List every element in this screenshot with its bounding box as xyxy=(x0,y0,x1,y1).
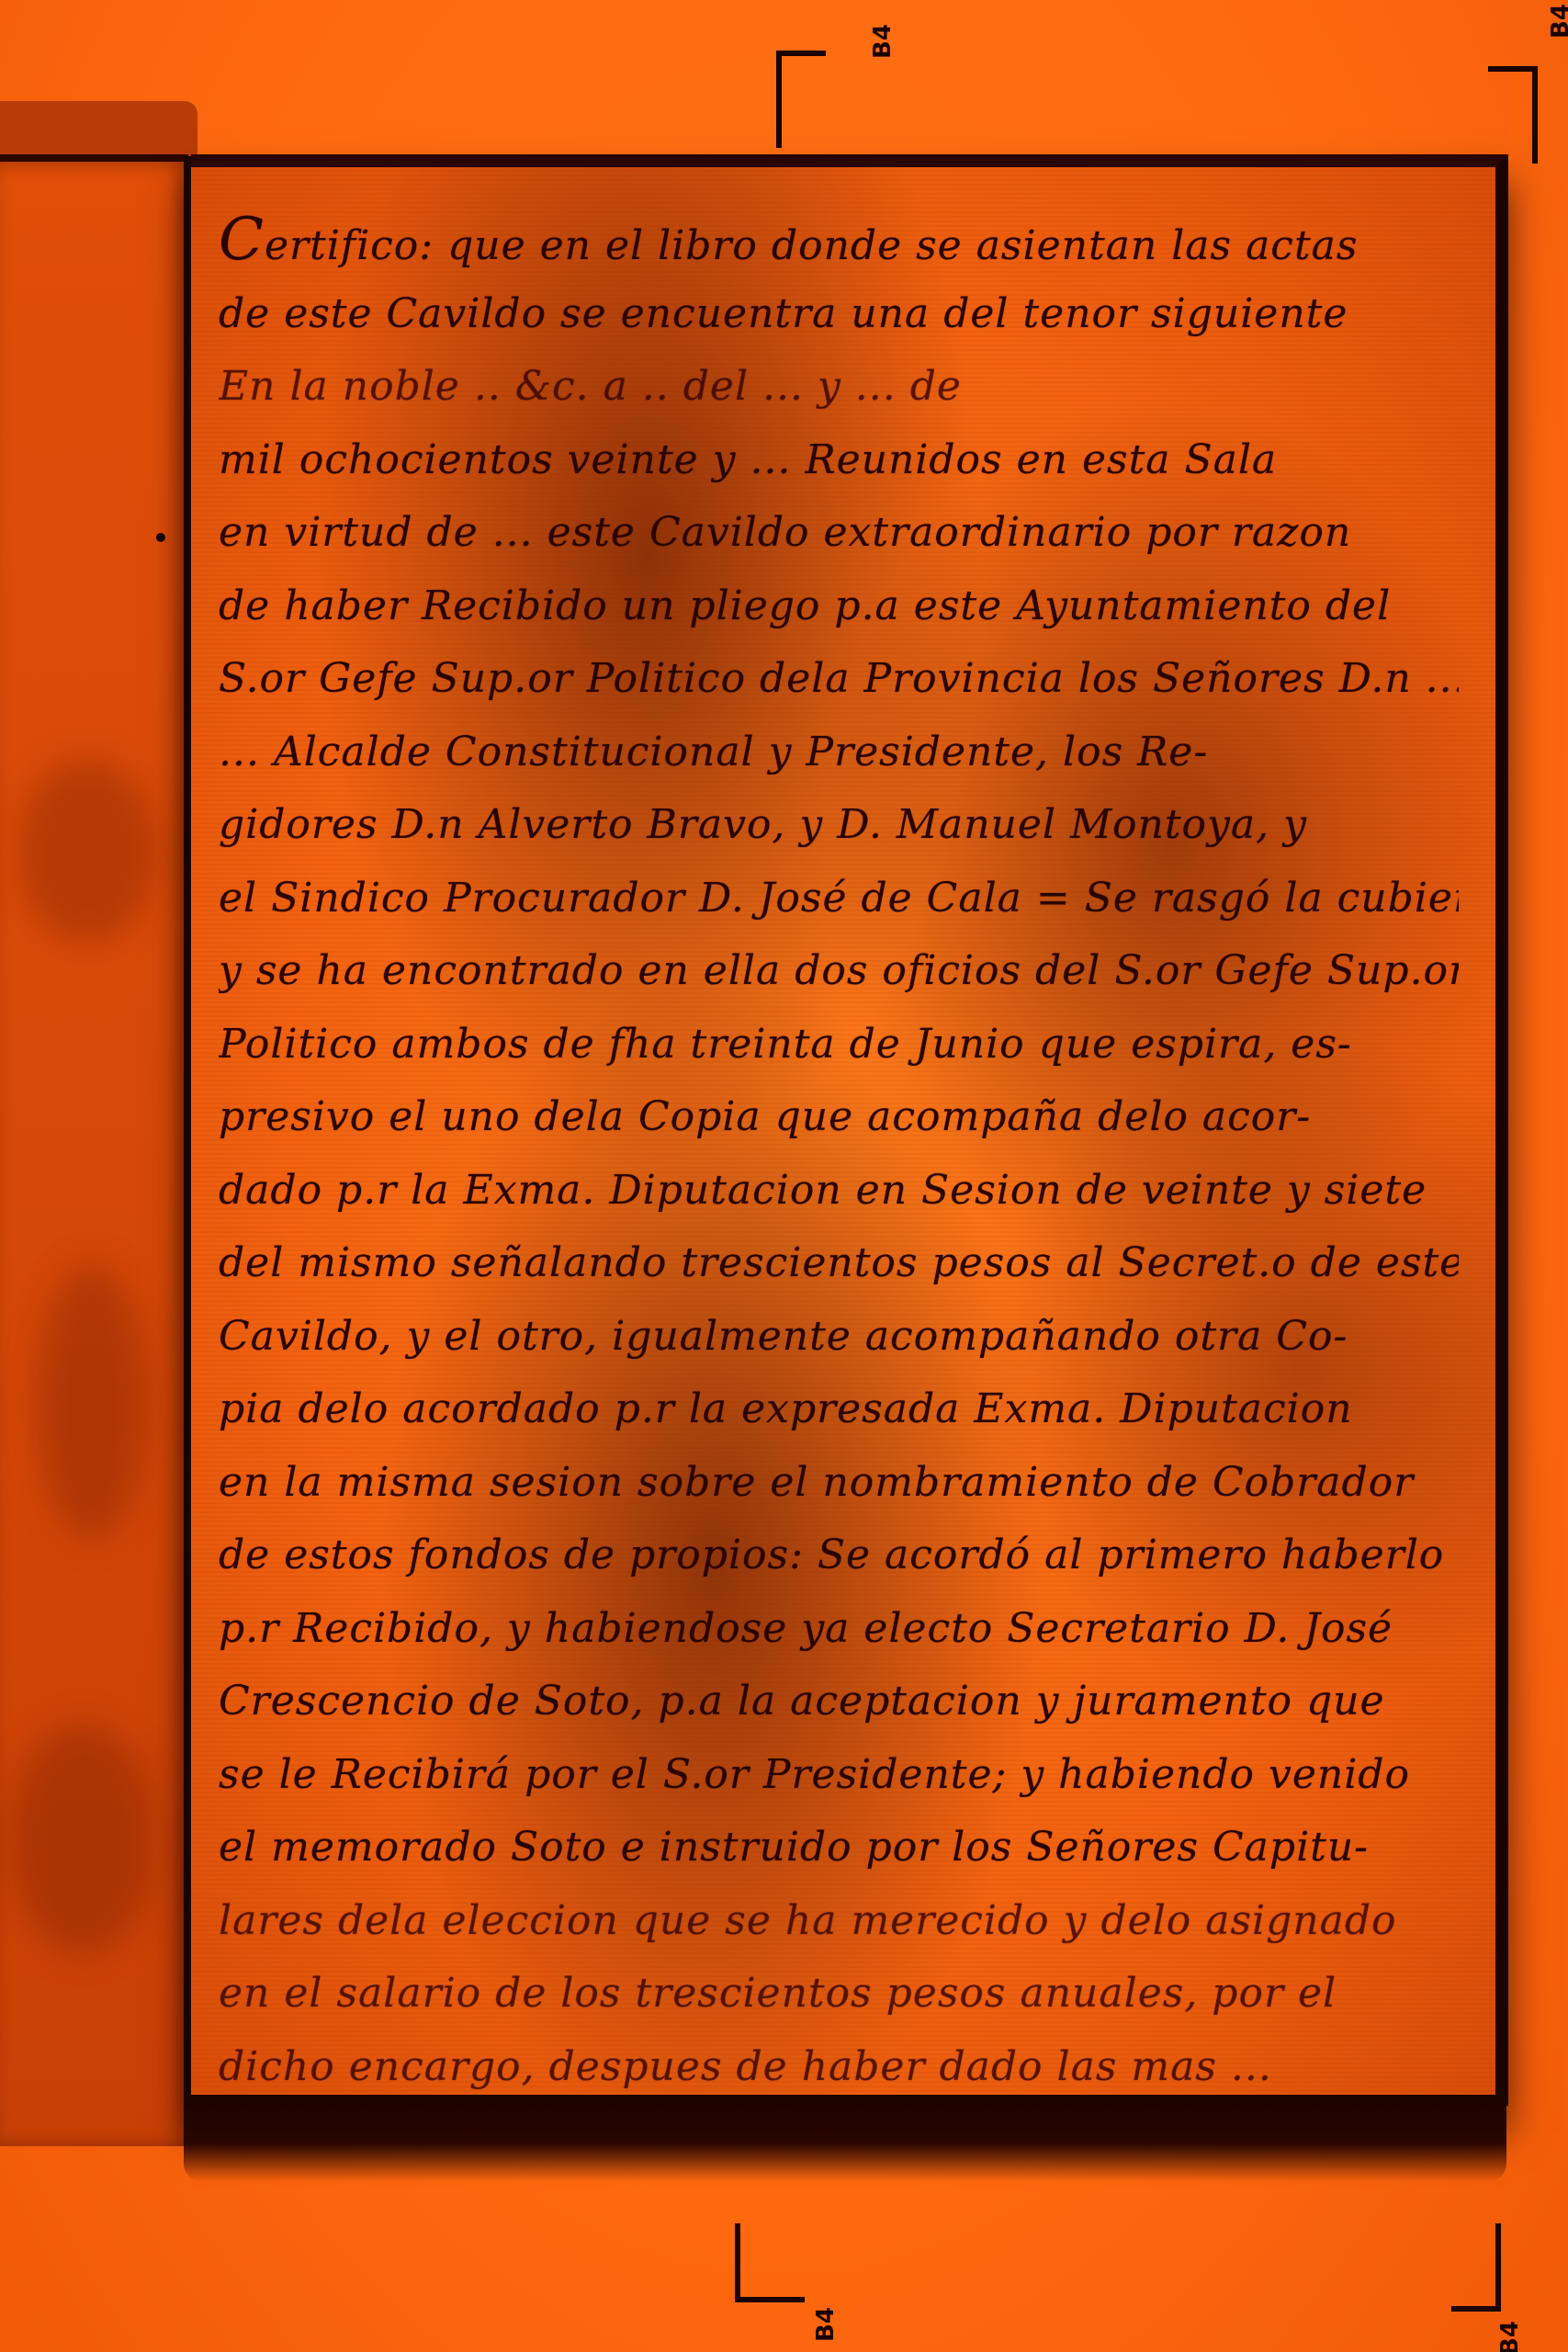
text-line: En la noble .. &c. a .. del ... y ... de xyxy=(219,350,1459,424)
text-line: dado p.r la Exma. Diputacion en Sesion d… xyxy=(219,1154,1459,1227)
text-line: el Sindico Procurador D. José de Cala = … xyxy=(219,862,1459,935)
text-line: lares dela eleccion que se ha merecido y… xyxy=(219,1884,1459,1958)
crop-mark-bottom-right xyxy=(1451,2223,1501,2312)
text-line: Politico ambos de fha treinta de Junio q… xyxy=(219,1008,1459,1081)
text-line: p.r Recibido, y habiendose ya electo Sec… xyxy=(219,1592,1459,1666)
crop-label-bottom-right: B4 xyxy=(1496,2321,1524,2352)
crop-label-top-left: B4 xyxy=(869,24,897,59)
text-line: S.or Gefe Sup.or Politico dela Provincia… xyxy=(219,642,1459,716)
text-line: y se ha encontrado en ella dos oficios d… xyxy=(219,934,1459,1008)
text-line: pia delo acordado p.r la expresada Exma.… xyxy=(219,1373,1459,1446)
crop-label-top-right: B4 xyxy=(1547,4,1568,39)
text-line: el memorado Soto e instruido por los Señ… xyxy=(219,1811,1459,1884)
text-line: en virtud de ... este Cavildo extraordin… xyxy=(219,496,1459,570)
text-line: se le Recibirá por el S.or Presidente; y… xyxy=(219,1738,1459,1812)
text-line: gidores D.n Alverto Bravo, y D. Manuel M… xyxy=(219,788,1459,862)
crop-mark-top-left xyxy=(776,51,826,148)
crop-mark-top-right xyxy=(1488,66,1538,164)
text-line: del mismo señalando trescientos pesos al… xyxy=(219,1227,1459,1300)
facing-page xyxy=(0,154,188,2146)
manuscript-page: Certifico: que en el libro donde se asie… xyxy=(191,154,1508,2106)
text-line: de estos fondos de propios: Se acordó al… xyxy=(219,1519,1459,1592)
text-line: dicho encargo, despues de haber dado las… xyxy=(219,2030,1459,2104)
binding-hole xyxy=(156,533,165,542)
text-line: Certifico: que en el libro donde se asie… xyxy=(219,204,1459,277)
text-line: de este Cavildo se encuentra una del ten… xyxy=(219,277,1459,351)
page-gutter xyxy=(184,156,191,2141)
text-line: en la misma sesion sobre el nombramiento… xyxy=(219,1446,1459,1520)
crop-mark-bottom-left xyxy=(735,2223,805,2302)
crop-label-bottom-left: B4 xyxy=(812,2307,840,2342)
facing-leaf-shadow xyxy=(0,101,197,156)
text-line: mil ochocientos veinte y ... Reunidos en… xyxy=(219,424,1459,497)
text-line: presivo el uno dela Copia que acompaña d… xyxy=(219,1080,1459,1154)
text-line: en el salario de los trescientos pesos a… xyxy=(219,1957,1459,2030)
text-line: Crescencio de Soto, p.a la aceptacion y … xyxy=(219,1665,1459,1738)
page-bottom-shadow xyxy=(184,2095,1506,2182)
text-line: de haber Recibido un pliego p.a este Ayu… xyxy=(219,570,1459,643)
handwritten-text: Certifico: que en el libro donde se asie… xyxy=(219,204,1459,2103)
text-line: Cavildo, y el otro, igualmente acompañan… xyxy=(219,1300,1459,1374)
document-scan: B4 B4 Certifico: que en el libro donde s… xyxy=(0,0,1568,2352)
text-line: ... Alcalde Constitucional y Presidente,… xyxy=(219,716,1459,789)
